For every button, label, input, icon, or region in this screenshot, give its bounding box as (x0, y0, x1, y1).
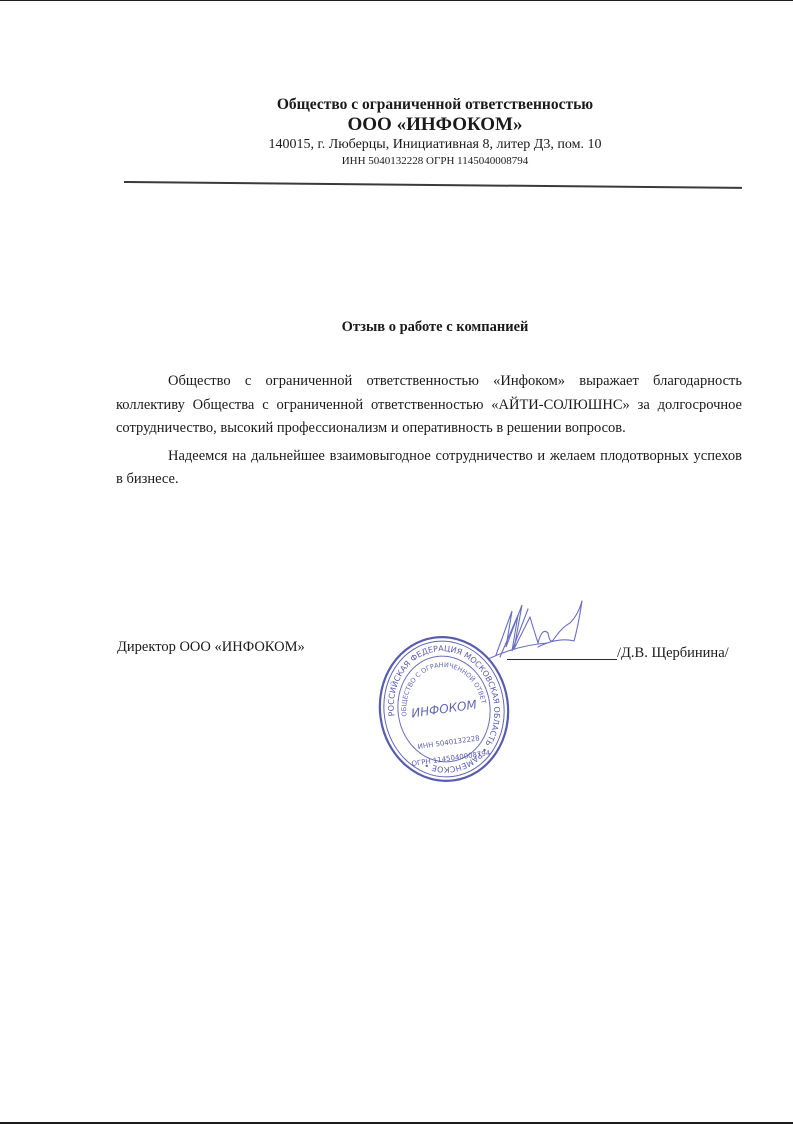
letterhead-divider (124, 181, 742, 188)
document-body: Общество с ограниченной ответственностью… (116, 370, 742, 492)
body-paragraph: Общество с ограниченной ответственностью… (116, 370, 742, 441)
org-registration-ids: ИНН 5040132228 ОГРН 1145040008794 (0, 154, 793, 168)
org-full-name: Общество с ограниченной ответственностью (0, 96, 793, 114)
signatory-name: /Д.В. Щербинина/ (617, 645, 729, 662)
document-title: Отзыв о работе с компанией (0, 319, 793, 336)
stamp-center-text: ИНФОКОМ (410, 697, 478, 720)
signatory-role: Директор ООО «ИНФОКОМ» (117, 639, 305, 656)
org-address: 140015, г. Люберцы, Инициативная 8, лите… (0, 136, 793, 154)
org-short-name: ООО «ИНФОКОМ» (0, 114, 793, 136)
letterhead: Общество с ограниченной ответственностью… (0, 96, 793, 168)
stamp-inn: ИНН 5040132228 (417, 734, 480, 751)
handwritten-signature-icon (478, 597, 590, 663)
body-paragraph: Надеемся на дальнейшее взаимовыгодное со… (116, 445, 742, 492)
scan-top-edge (0, 0, 793, 1)
